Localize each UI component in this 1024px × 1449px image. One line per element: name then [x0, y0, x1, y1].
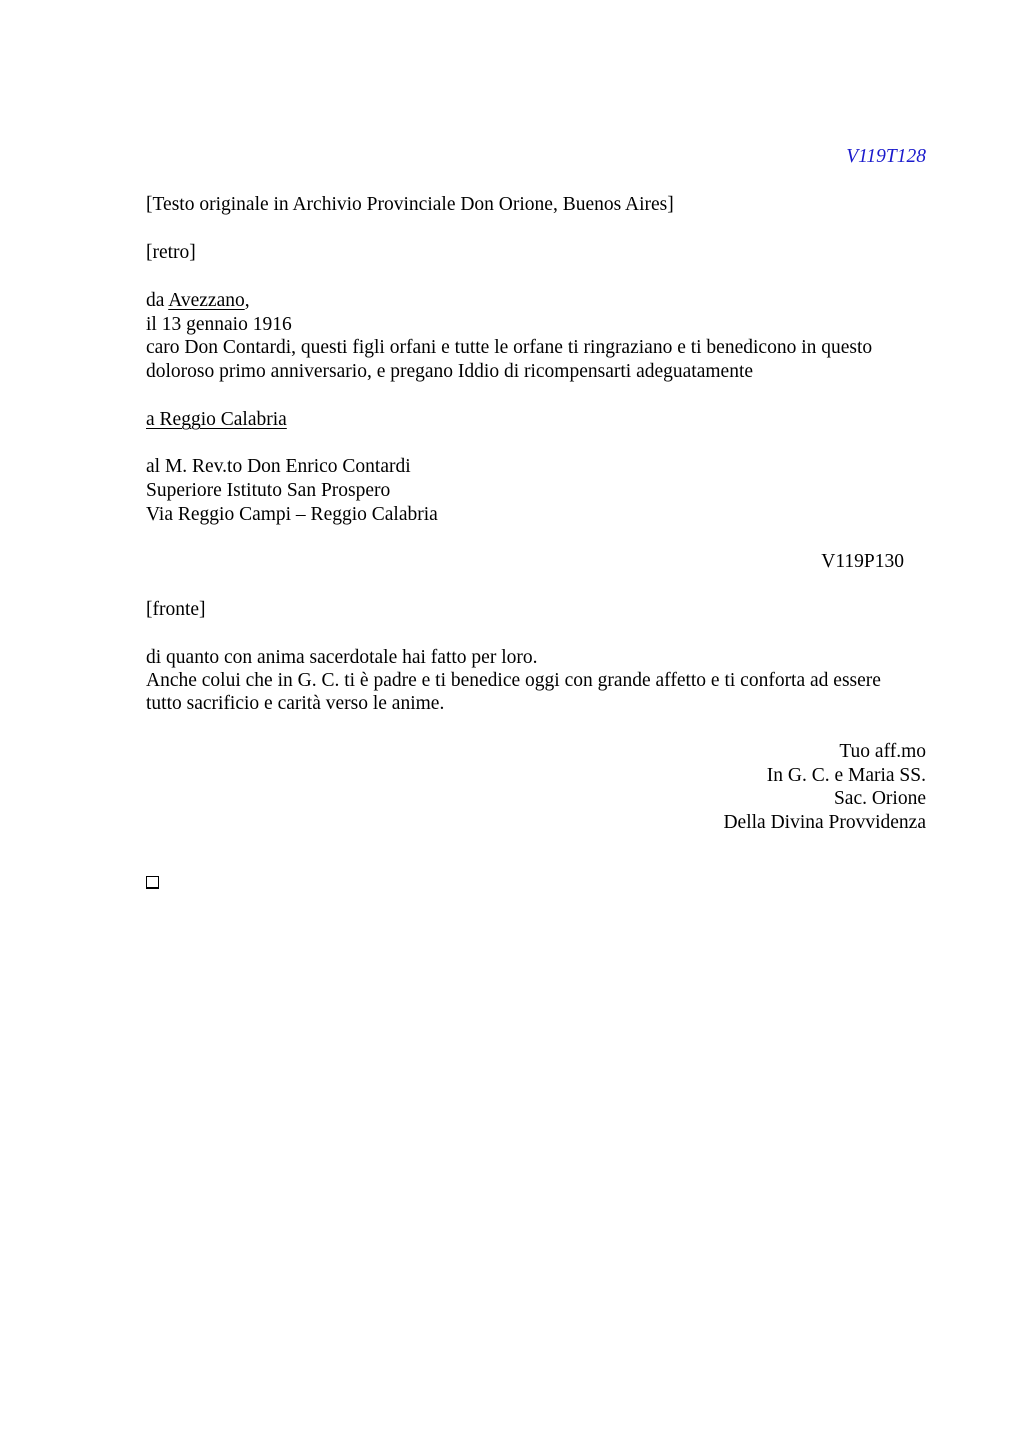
- date-line: il 13 gennaio 1916: [146, 313, 292, 337]
- destination: a Reggio Calabria: [146, 408, 287, 432]
- signature-line: Tuo aff.mo: [839, 740, 926, 764]
- from-line: da Avezzano,: [146, 289, 250, 313]
- source-note: [Testo originale in Archivio Provinciale…: [146, 193, 674, 217]
- address-line: Superiore Istituto San Prospero: [146, 479, 390, 503]
- address-line: Via Reggio Campi – Reggio Calabria: [146, 503, 438, 527]
- body-line: caro Don Contardi, questi figli orfani e…: [146, 336, 872, 360]
- signature-line: In G. C. e Maria SS.: [767, 764, 926, 788]
- from-prefix: da: [146, 290, 168, 311]
- signature-line: Sac. Orione: [834, 787, 926, 811]
- from-place: Avezzano: [168, 290, 245, 311]
- fronte-line: di quanto con anima sacerdotale hai fatt…: [146, 646, 537, 670]
- fronte-line: Anche colui che in G. C. ti è padre e ti…: [146, 669, 881, 693]
- section-retro-label: [retro]: [146, 241, 196, 265]
- section-fronte-label: [fronte]: [146, 598, 206, 622]
- document-code: V119T128: [846, 145, 926, 169]
- checkbox-icon: [146, 876, 159, 889]
- page-code: V119P130: [821, 550, 904, 574]
- address-line: al M. Rev.to Don Enrico Contardi: [146, 455, 411, 479]
- fronte-line: tutto sacrificio e carità verso le anime…: [146, 692, 444, 716]
- signature-line: Della Divina Provvidenza: [723, 811, 926, 835]
- body-line: doloroso primo anniversario, e pregano I…: [146, 360, 753, 384]
- from-suffix: ,: [245, 290, 250, 311]
